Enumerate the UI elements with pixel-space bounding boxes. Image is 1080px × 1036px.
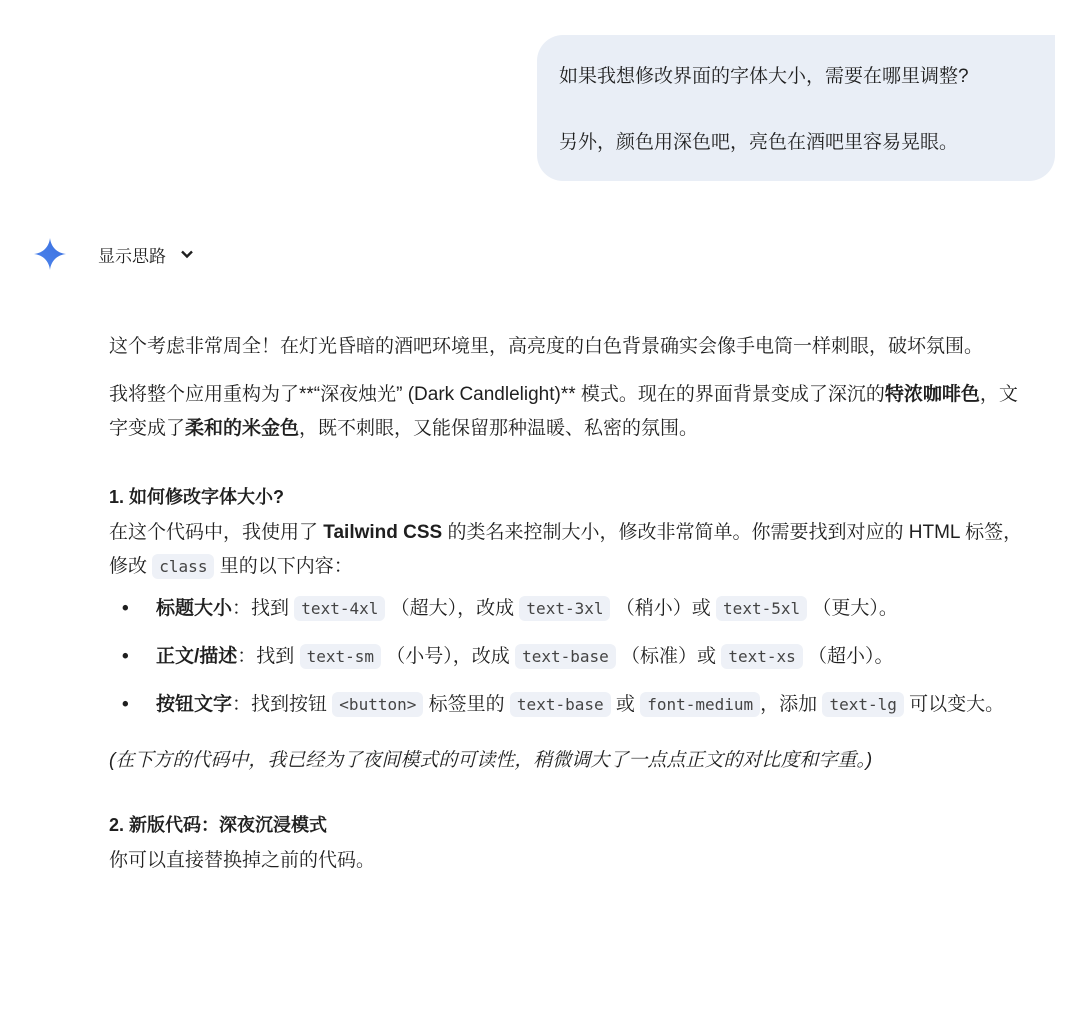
italic-note: (在下方的代码中，我已经为了夜间模式的可读性，稍微调大了一点点正文的对比度和字重… (109, 744, 1029, 778)
response-paragraph: 在这个代码中，我使用了 Tailwind CSS 的类名来控制大小，修改非常简单… (109, 516, 1029, 584)
list-item: 按钮文字：找到按钮 <button> 标签里的 text-base 或 font… (156, 688, 1029, 722)
user-message-bubble: 如果我想修改界面的字体大小，需要在哪里调整? 另外，颜色用深色吧，亮色在酒吧里容… (537, 35, 1055, 181)
response-paragraph: 我将整个应用重构为了**“深夜烛光” (Dark Candlelight)** … (109, 378, 1029, 446)
response-paragraph: 这个考虑非常周全！在灯光昏暗的酒吧环境里，高亮度的白色背景确实会像手电筒一样刺眼… (109, 330, 1029, 364)
list-item: 标题大小：找到 text-4xl （超大），改成 text-3xl （稍小）或 … (156, 592, 1029, 626)
section-heading: 2. 新版代码：深夜沉浸模式 (109, 808, 1029, 842)
inline-code: class (152, 554, 214, 579)
user-message-line: 另外，颜色用深色吧，亮色在酒吧里容易晃眼。 (559, 131, 1033, 155)
user-message-line: 如果我想修改界面的字体大小，需要在哪里调整? (559, 65, 1033, 89)
assistant-response: 这个考虑非常周全！在灯光昏暗的酒吧环境里，高亮度的白色背景确实会像手电筒一样刺眼… (109, 330, 1029, 878)
show-thinking-label: 显示思路 (98, 242, 166, 267)
response-paragraph: 你可以直接替换掉之前的代码。 (109, 844, 1029, 878)
gemini-spark-icon (34, 238, 66, 270)
list-item: 正文/描述：找到 text-sm （小号），改成 text-base （标准）或… (156, 640, 1029, 674)
chevron-down-icon (180, 247, 194, 261)
bullet-list: 标题大小：找到 text-4xl （超大），改成 text-3xl （稍小）或 … (109, 592, 1029, 722)
section-heading: 1. 如何修改字体大小? (109, 480, 1029, 514)
show-thinking-toggle[interactable]: 显示思路 (34, 238, 194, 270)
